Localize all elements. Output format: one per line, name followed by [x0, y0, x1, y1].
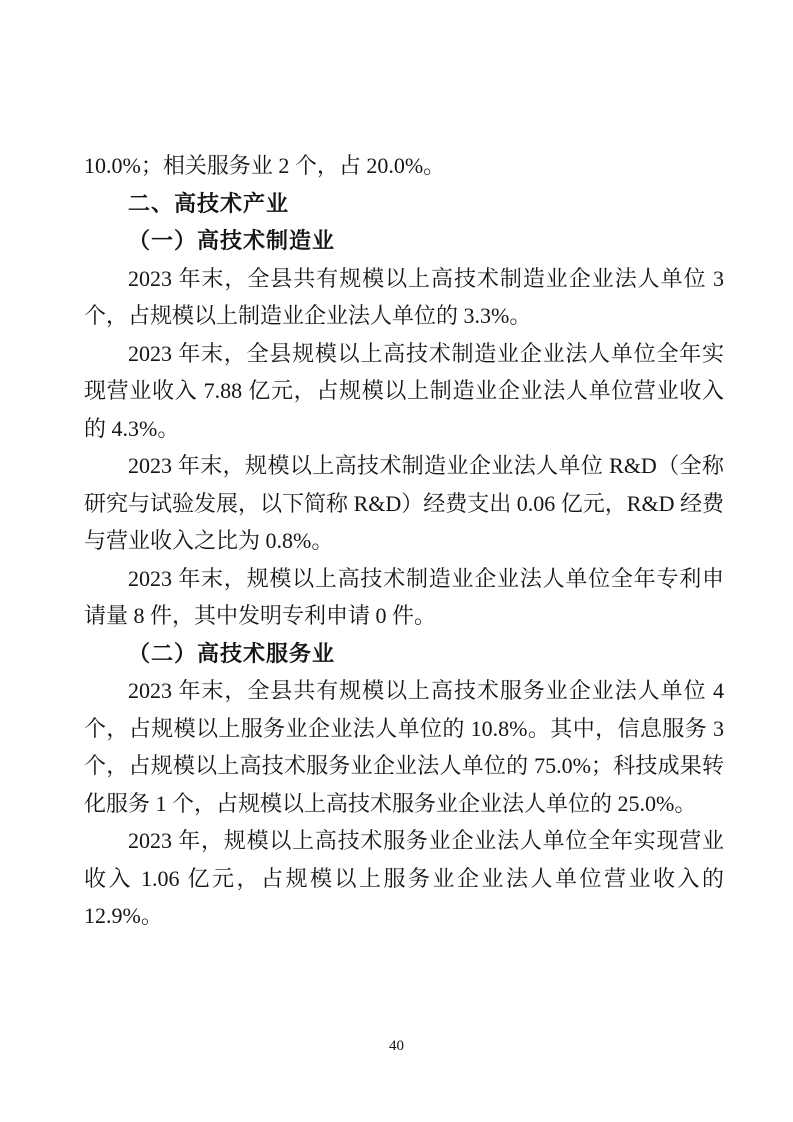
- paragraph-manufacturing-units: 2023 年末，全县共有规模以上高技术制造业企业法人单位 3 个，占规模以上制造…: [84, 260, 724, 335]
- subsection-heading-services: （二）高技术服务业: [84, 635, 724, 673]
- paragraph-continuation: 10.0%；相关服务业 2 个，占 20.0%。: [84, 147, 724, 185]
- section-heading-high-tech-industry: 二、高技术产业: [84, 185, 724, 223]
- document-page: 10.0%；相关服务业 2 个，占 20.0%。 二、高技术产业 （一）高技术制…: [0, 0, 793, 1122]
- paragraph-services-units: 2023 年末，全县共有规模以上高技术服务业企业法人单位 4 个，占规模以上服务…: [84, 672, 724, 822]
- page-number: 40: [0, 1036, 793, 1056]
- paragraph-manufacturing-patents: 2023 年末，规模以上高技术制造业企业法人单位全年专利申请量 8 件，其中发明…: [84, 560, 724, 635]
- paragraph-manufacturing-revenue: 2023 年末，全县规模以上高技术制造业企业法人单位全年实现营业收入 7.88 …: [84, 335, 724, 448]
- subsection-heading-manufacturing: （一）高技术制造业: [84, 222, 724, 260]
- paragraph-services-revenue: 2023 年，规模以上高技术服务业企业法人单位全年实现营业收入 1.06 亿元，…: [84, 822, 724, 935]
- page-body: 10.0%；相关服务业 2 个，占 20.0%。 二、高技术产业 （一）高技术制…: [84, 147, 724, 935]
- paragraph-manufacturing-rd-expense: 2023 年末，规模以上高技术制造业企业法人单位 R&D（全称研究与试验发展，以…: [84, 447, 724, 560]
